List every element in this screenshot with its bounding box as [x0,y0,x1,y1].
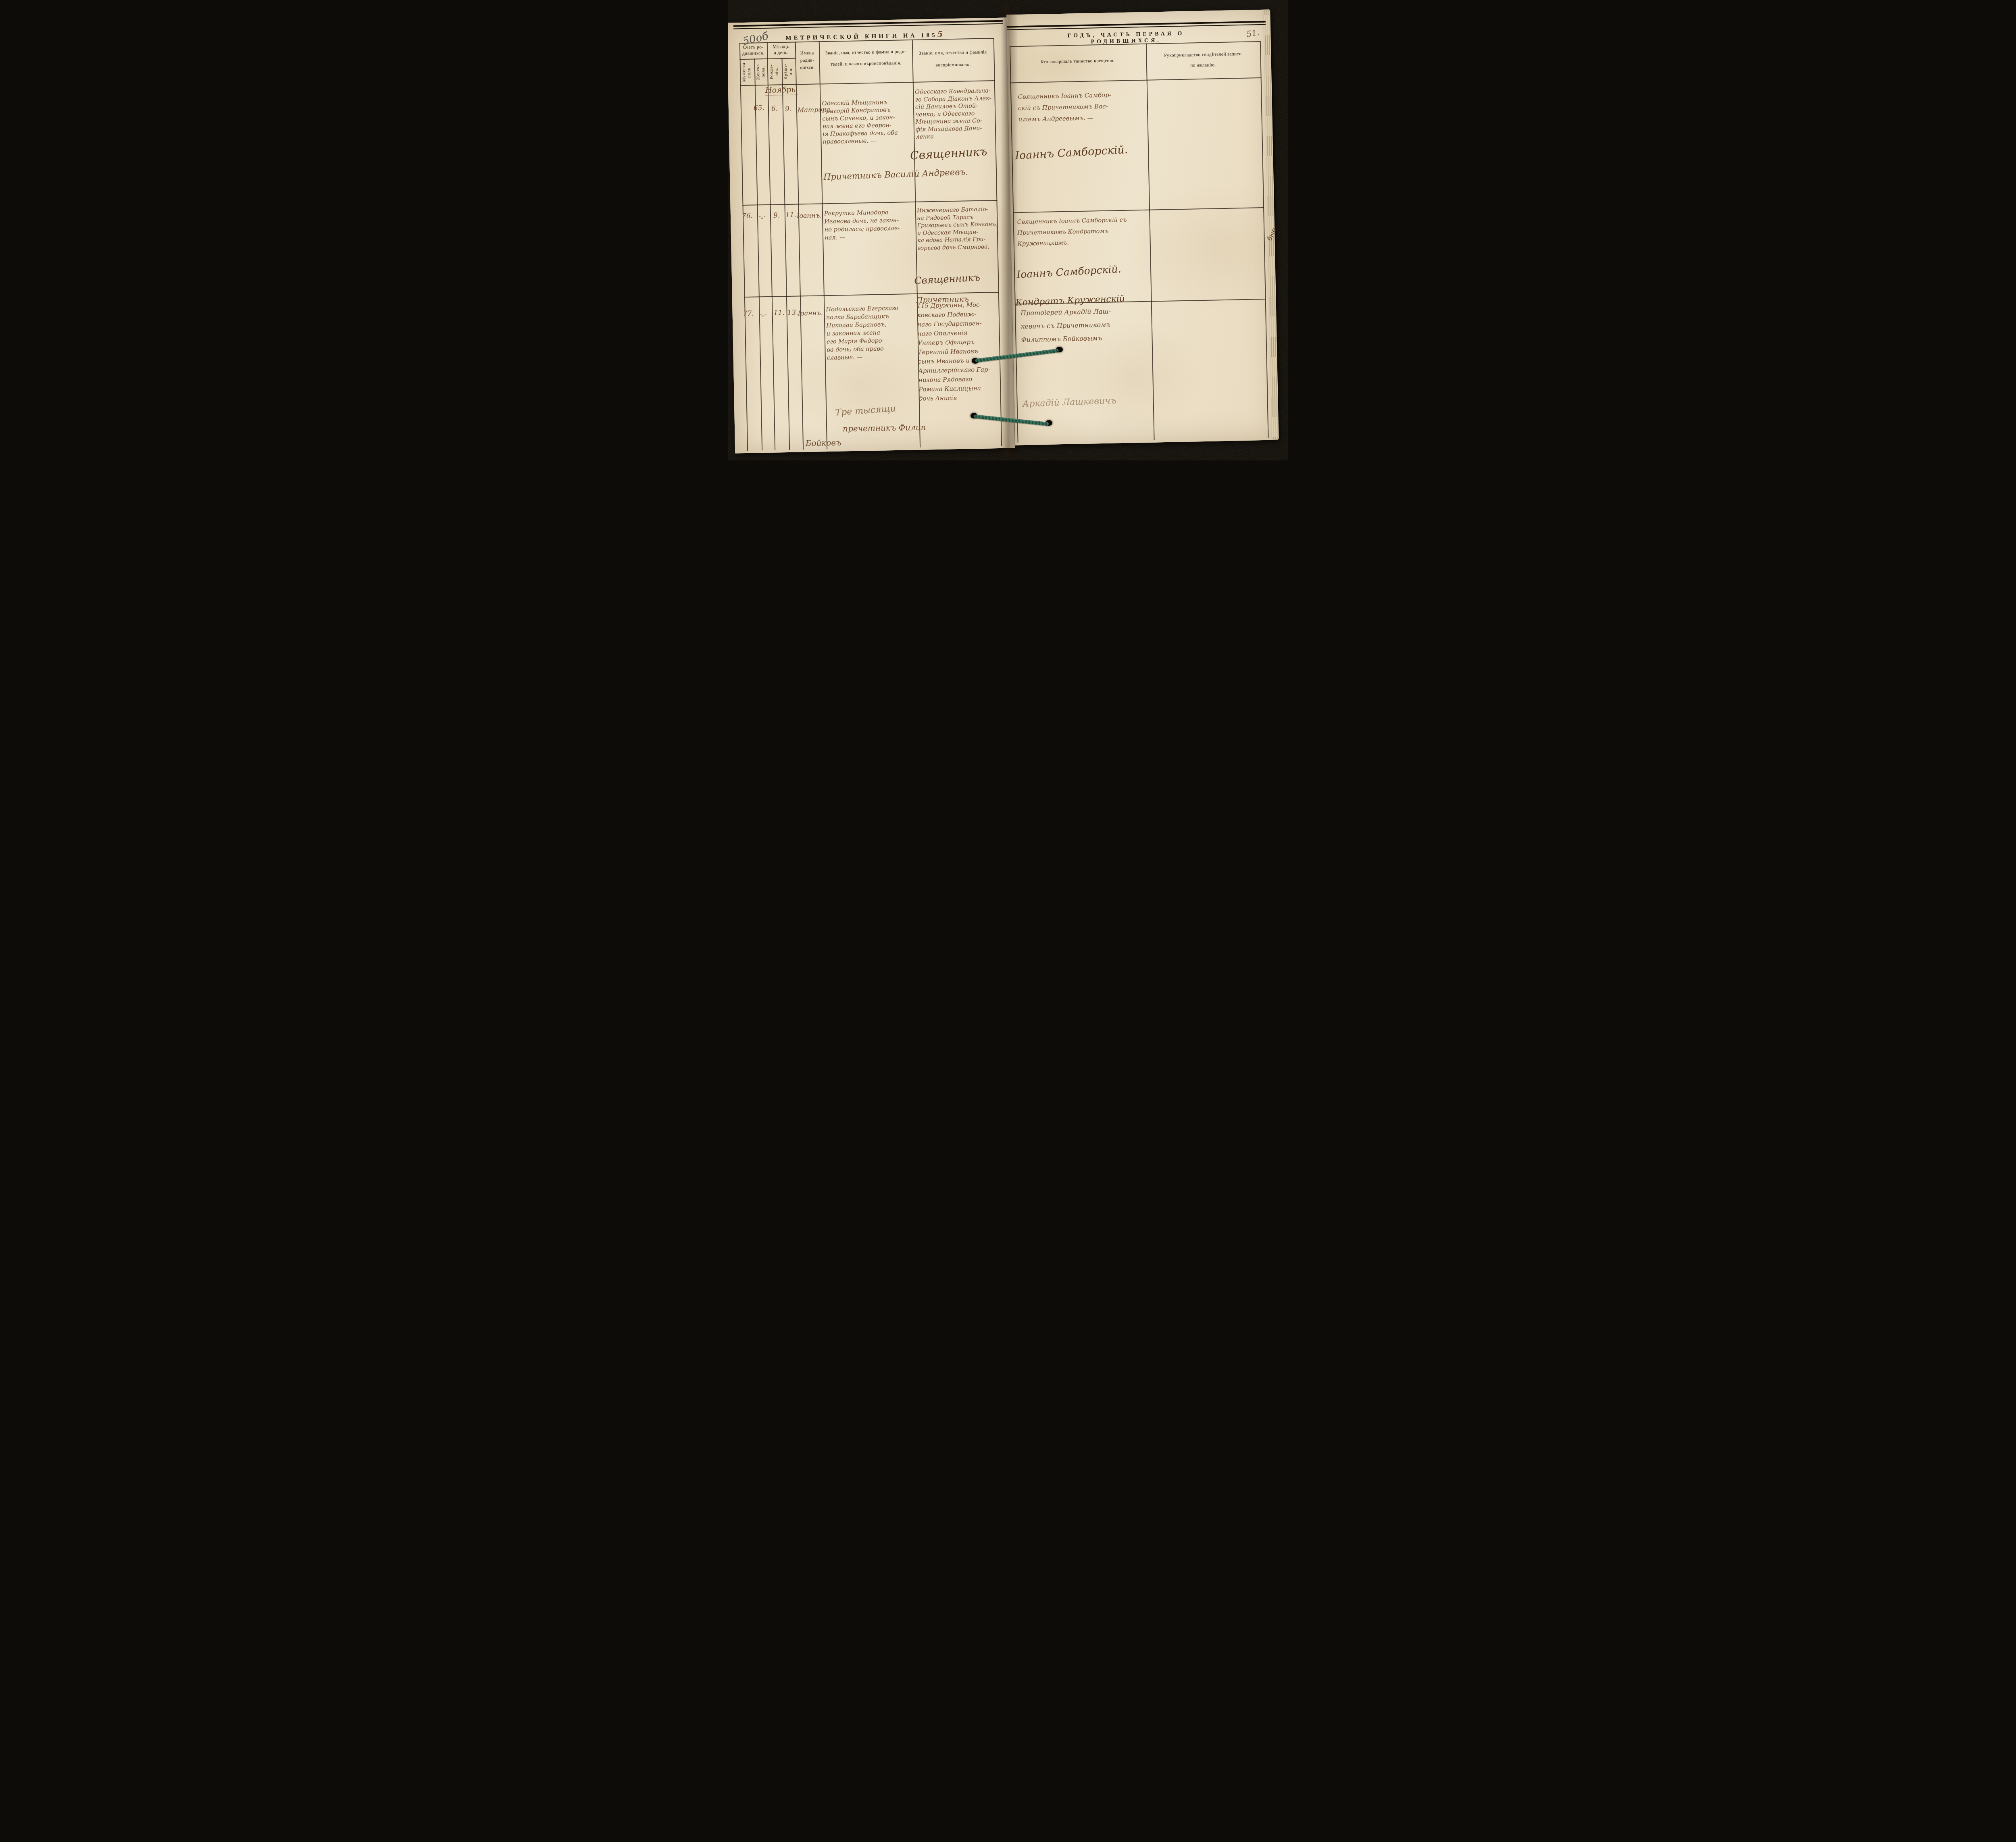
entry-65-officiant-signature: Іоаннъ Самборскій. [1015,144,1128,162]
entry-77-officiant-signature: Аркадій Лашкевичъ [1022,395,1116,409]
colhead-month-group: Мѣсяцъ и день. [767,44,796,56]
entry-77-birth-day: 11. [773,309,784,317]
entry-76-margin-mark: быв [1265,227,1278,242]
right-page: ГОДЪ, ЧАСТЬ ПЕРВАЯ О РОДИВШИХСЯ. 51. Кто… [1006,10,1278,445]
colhead-officiant: Кто совершалъ таинство крещенія. [1019,57,1137,66]
entry-76-officiant-signature: Іоаннъ Самборскій. [1016,263,1122,281]
right-page-top-rule [1007,21,1266,30]
row-separator-1 [742,200,997,206]
title-year-handwritten: 5 [937,29,943,39]
colhead-male: Мужеска пола. [741,60,754,85]
col-line-month-names [795,42,804,450]
entry-77-officiant: Протоіерей Аркадій Лаш- кевичъ съ Причет… [1020,304,1152,346]
colhead-female: Женска пола. [756,60,767,84]
entry-77-attestation-line: пречетникъ Филип [843,422,926,433]
entry-65-officiant: Священникъ Іоаннъ Самбор- скій съ Причет… [1018,89,1144,125]
colhead-names: Имена родив- шихся. [796,49,818,71]
colhead-baptism: Крѣще- нія. [783,59,795,84]
entry-65-baptism-day: 9. [785,105,792,113]
colhead-witnesses: Рукоприкладство свидѣтелей записи по жел… [1152,48,1254,71]
entry-76-attestation-script: Священникъ [914,272,980,287]
entry-77-name: Іоаннъ. [798,309,823,317]
colhead-count-group: Счетъ ро- дившихся. [739,44,767,57]
entry-76-godparents: Инженернаго Баталіо- на Рядовой Тарасъ Г… [917,206,998,252]
book-gutter-shadow [1000,4,1018,457]
entry-77-scribble: Тре тысящи [835,404,896,418]
colhead-godparents: Званіе, имя, отчество и фамилія воспріем… [914,46,991,72]
right-header-bottom-rule [1010,77,1261,83]
entry-65-attestation-line: Причетникъ Василій Андреевъ. [823,167,968,182]
entry-76-baptism-day: 11. [785,211,796,220]
entry-76-name: Іоаннъ. [797,211,822,219]
entry-65-parents: Одесскій Мѣщанинъ Григорій Кондратовъ сы… [822,98,914,146]
entry-76-officiant: Священникъ Іоаннъ Самборскій съ Причетни… [1017,214,1148,250]
entry-65-month: Ноябрь. [765,85,798,96]
entry-76-parents: Рекрутки Минодора Иванова дочь, не закон… [824,208,916,242]
entry-77-attestation-line-2: Бойковъ [806,438,841,448]
right-row-separator-1 [1013,207,1264,213]
left-page: 50об МЕТРИЧЕСКОЙ КНИГИ НА 1855 Счетъ ро-… [728,17,1015,453]
col-line-male-female [754,58,763,450]
table-left-border [739,43,748,451]
entry-65-female-count: 65. [754,104,764,112]
entry-76-birth-day: 9. [773,211,780,219]
entry-76-female-ditto: -„- [759,213,766,220]
entry-77-parents: Подольскаго Егерскаго полка Барабанщикъ … [826,304,918,362]
left-page-top-rule [733,20,1003,29]
col-line-count-month [767,42,775,450]
entry-77-male-count: 77. [743,310,754,318]
colhead-birth: Рожде- нія. [769,59,781,84]
page-number-handwritten: 51. [1246,27,1260,39]
entry-65-birth-day: 6. [771,104,778,112]
entry-65-attestation-script: Священникъ [910,145,987,162]
scanned-book-spread: 50об МЕТРИЧЕСКОЙ КНИГИ НА 1855 Счетъ ро-… [728,0,1288,460]
entry-65-godparents: Одесскаго Каѳедральна- го Собора Діаконъ… [915,87,996,141]
entry-77-godparents: 115 Дружины, Мос- ковскаго Подвиж- наго … [917,300,1002,404]
entry-77-female-ditto: -„- [760,311,767,317]
page-edge-stack [1264,10,1279,439]
entry-77-baptism-day: 13. [787,308,798,317]
colhead-parents: Званіе, имя, отчество и фамилія роди- те… [822,46,910,70]
col-line-birth-baptism [782,58,790,450]
entry-76-male-count: 76. [742,212,753,221]
